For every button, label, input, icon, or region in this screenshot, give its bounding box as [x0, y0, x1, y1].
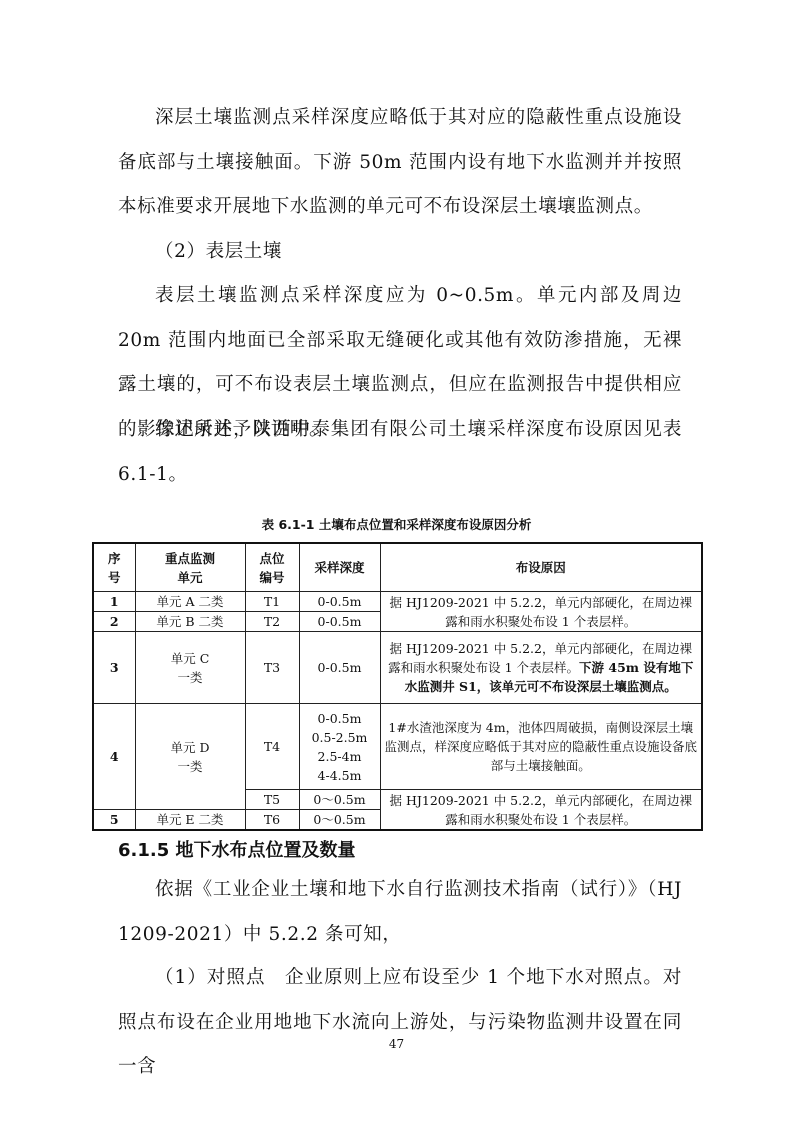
table-caption: 表 6.1-1 土壤布点位置和采样深度布设原因分析	[0, 515, 793, 533]
document-page: 深层土壤监测点采样深度应略低于其对应的隐蔽性重点设施设备底部与土壤接触面。下游 …	[0, 0, 793, 1122]
header-point: 点位编号	[245, 543, 299, 592]
paragraph-summary: 综述所述，陕西中泰集团有限公司土壤采样深度布设原因见表 6.1-1。	[118, 408, 682, 497]
reason-cell: 据 HJ1209-2021 中 5.2.2，单元内部硬化，在周边裸露和雨水积聚处…	[380, 790, 702, 831]
soil-sampling-table: 序号 重点监测单元 点位编号 采样深度 布设原因 1 单元 A 二类 T1 0-…	[92, 542, 703, 831]
table-row: 3 单元 C一类 T3 0-0.5m 据 HJ1209-2021 中 5.2.2…	[93, 632, 702, 704]
reason-cell: 1#水渣池深度为 4m，池体四周破损，南侧设深层土壤监测点，样深度应略低于其对应…	[380, 704, 702, 790]
reason-cell: 据 HJ1209-2021 中 5.2.2，单元内部硬化，在周边裸露和雨水积聚处…	[380, 632, 702, 704]
page-number: 47	[0, 1037, 793, 1051]
table-row: 1 单元 A 二类 T1 0-0.5m 据 HJ1209-2021 中 5.2.…	[93, 592, 702, 612]
reason-cell: 据 HJ1209-2021 中 5.2.2，单元内部硬化，在周边裸露和雨水积聚处…	[380, 592, 702, 632]
header-seq: 序号	[93, 543, 135, 592]
subheading-surface-soil: （2）表层土壤	[118, 230, 682, 275]
header-unit: 重点监测单元	[135, 543, 245, 592]
paragraph-control-point: （1）对照点 企业原则上应布设至少 1 个地下水对照点。对照点布设在企业用地地下…	[118, 956, 682, 1090]
paragraph-deep-soil: 深层土壤监测点采样深度应略低于其对应的隐蔽性重点设施设备底部与土壤接触面。下游 …	[118, 96, 682, 230]
paragraph-guideline: 依据《工业企业土壤和地下水自行监测技术指南（试行）》（HJ 1209-2021）…	[118, 868, 682, 957]
section-heading: 6.1.5 地下水布点位置及数量	[118, 836, 356, 862]
table-header-row: 序号 重点监测单元 点位编号 采样深度 布设原因	[93, 543, 702, 592]
header-reason: 布设原因	[380, 543, 702, 592]
table-row: 4 单元 D一类 T4 0-0.5m0.5-2.5m2.5-4m4-4.5m 1…	[93, 704, 702, 790]
header-depth: 采样深度	[299, 543, 380, 592]
